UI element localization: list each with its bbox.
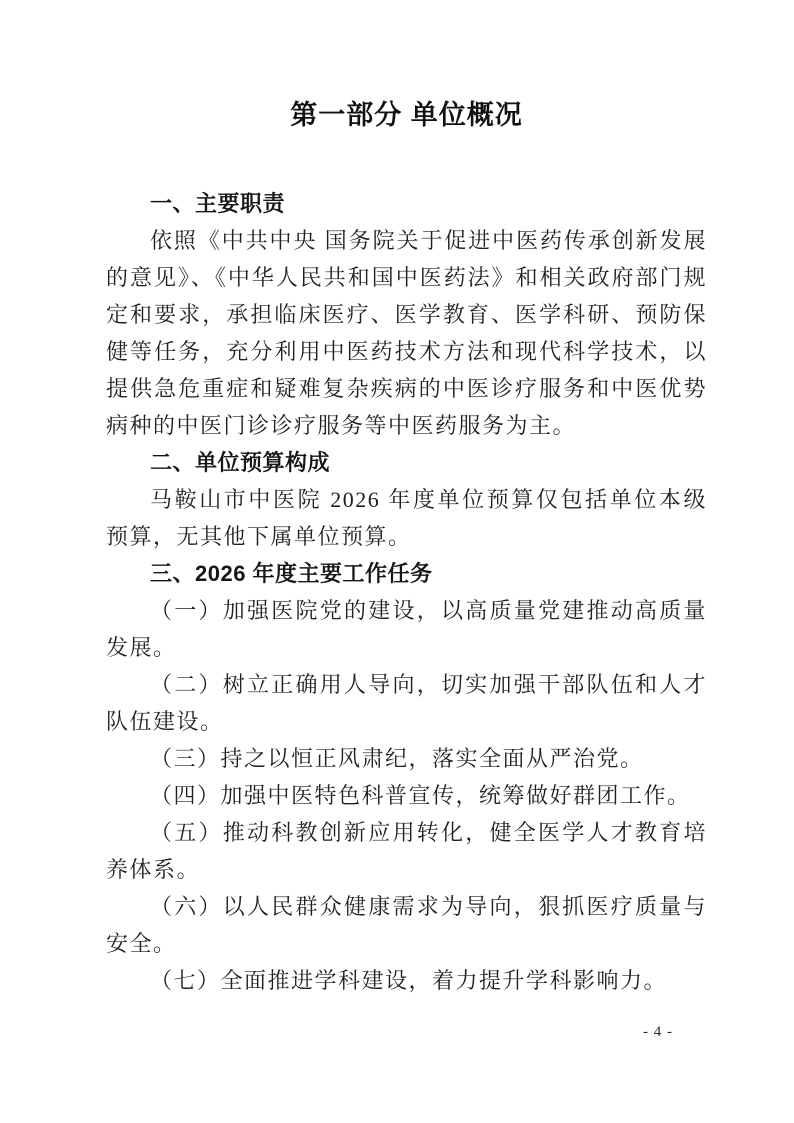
task-item-6: （六）以人民群众健康需求为导向，狠抓医疗质量与安全。: [106, 888, 707, 962]
section-heading-work-tasks: 三、2026 年度主要工作任务: [106, 555, 707, 592]
section-budget-composition: 二、单位预算构成 马鞍山市中医院 2026 年度单位预算仅包括单位本级预算，无其…: [106, 444, 707, 555]
document-page: 第一部分 单位概况 一、主要职责 依照《中共中央 国务院关于促进中医药传承创新发…: [0, 0, 794, 1123]
section-heading-budget-composition: 二、单位预算构成: [106, 444, 707, 481]
task-item-2: （二）树立正确用人导向，切实加强干部队伍和人才队伍建设。: [106, 666, 707, 740]
section-main-duties: 一、主要职责 依照《中共中央 国务院关于促进中医药传承创新发展的意见》、《中华人…: [106, 185, 707, 444]
section-work-tasks: 三、2026 年度主要工作任务 （一）加强医院党的建设，以高质量党建推动高质量发…: [106, 555, 707, 999]
paragraph-budget-composition: 马鞍山市中医院 2026 年度单位预算仅包括单位本级预算，无其他下属单位预算。: [106, 481, 707, 555]
task-item-1: （一）加强医院党的建设，以高质量党建推动高质量发展。: [106, 592, 707, 666]
page-number: - 4 -: [643, 1022, 673, 1042]
task-item-3: （三）持之以恒正风肃纪，落实全面从严治党。: [106, 740, 707, 777]
paragraph-duties: 依照《中共中央 国务院关于促进中医药传承创新发展的意见》、《中华人民共和国中医药…: [106, 222, 707, 444]
task-item-4: （四）加强中医特色科普宣传，统筹做好群团工作。: [106, 777, 707, 814]
page-title: 第一部分 单位概况: [106, 97, 707, 133]
section-heading-duties: 一、主要职责: [106, 185, 707, 222]
page-content: 第一部分 单位概况 一、主要职责 依照《中共中央 国务院关于促进中医药传承创新发…: [106, 97, 707, 999]
task-item-5: （五）推动科教创新应用转化，健全医学人才教育培养体系。: [106, 814, 707, 888]
task-item-7: （七）全面推进学科建设，着力提升学科影响力。: [106, 962, 707, 999]
